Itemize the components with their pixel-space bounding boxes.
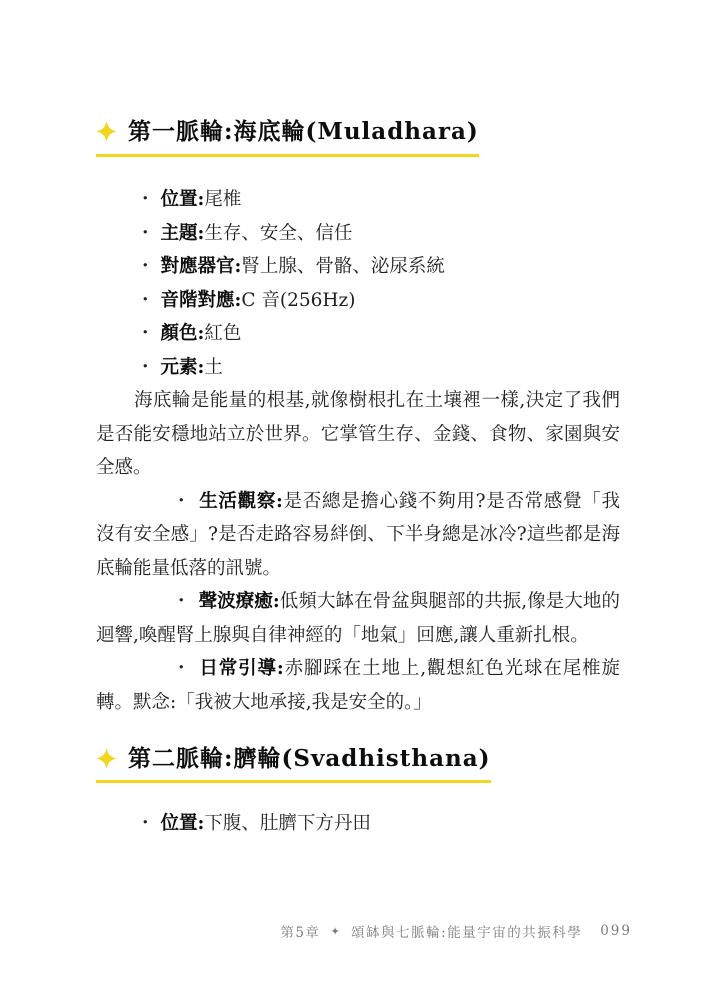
detail-label: 聲波療癒:: [199, 591, 280, 612]
attribute-item: ・位置:下腹、肚臍下方丹田: [96, 807, 620, 841]
attribute-label: 對應器官:: [161, 256, 242, 277]
book-page: 第一脈輪:海底輪(Muladhara) ・位置:尾椎 ・主題:生存、安全、信任 …: [0, 0, 711, 1000]
attribute-item: ・主題:生存、安全、信任: [96, 217, 620, 251]
detail-label: 日常引導:: [199, 658, 284, 679]
attribute-value: 紅色: [204, 323, 241, 344]
attribute-label: 顏色:: [161, 323, 205, 344]
detail-paragraph-life-observation: ・生活觀察:是否總是擔心錢不夠用?是否常感覺「我沒有安全感」?是否走路容易絆倒、…: [96, 485, 620, 586]
running-title: 頌缽與七脈輪:能量宇宙的共振科學: [351, 921, 582, 941]
attribute-item: ・元素:土: [96, 351, 620, 385]
bullet-dot: ・: [136, 807, 155, 841]
attribute-label: 主題:: [161, 223, 205, 244]
attribute-value: 下腹、肚臍下方丹田: [204, 813, 371, 834]
bullet-dot: ・: [136, 317, 155, 351]
bullet-dot: ・: [136, 284, 155, 318]
bullet-dot: ・: [134, 485, 191, 519]
bullet-dot: ・: [136, 183, 155, 217]
bullet-dot: ・: [136, 217, 155, 251]
attribute-item: ・顏色:紅色: [96, 317, 620, 351]
page-footer: 第5章 ✦ 頌缽與七脈輪:能量宇宙的共振科學 099: [280, 921, 632, 941]
attribute-label: 元素:: [161, 357, 205, 378]
second-chakra-attribute-list: ・位置:下腹、肚臍下方丹田: [96, 807, 620, 841]
second-chakra-heading-text: 第二脈輪:臍輪(Svadhisthana): [128, 743, 491, 774]
attribute-label: 位置:: [161, 813, 205, 834]
sparkle-icon: [96, 121, 117, 142]
sparkle-icon: [96, 748, 117, 769]
attribute-label: 音階對應:: [161, 290, 242, 311]
bullet-dot: ・: [134, 652, 191, 686]
detail-paragraph-daily-guidance: ・日常引導:赤腳踩在土地上,觀想紅色光球在尾椎旋轉。默念:「我被大地承接,我是安…: [96, 652, 620, 719]
first-chakra-heading: 第一脈輪:海底輪(Muladhara): [96, 116, 479, 157]
attribute-item: ・對應器官:腎上腺、骨骼、泌尿系統: [96, 250, 620, 284]
attribute-value: 土: [204, 357, 223, 378]
section-second-chakra: 第二脈輪:臍輪(Svadhisthana) ・位置:下腹、肚臍下方丹田: [96, 719, 620, 841]
bullet-dot: ・: [134, 585, 191, 619]
page-number: 099: [600, 923, 632, 939]
section-first-chakra: 第一脈輪:海底輪(Muladhara) ・位置:尾椎 ・主題:生存、安全、信任 …: [96, 116, 620, 719]
attribute-item: ・位置:尾椎: [96, 183, 620, 217]
intro-paragraph: 海底輪是能量的根基,就像樹根扎在土壤裡一樣,決定了我們是否能安穩地站立於世界。它…: [96, 384, 620, 485]
attribute-value: 尾椎: [204, 189, 241, 210]
first-chakra-attribute-list: ・位置:尾椎 ・主題:生存、安全、信任 ・對應器官:腎上腺、骨骼、泌尿系統 ・音…: [96, 183, 620, 384]
second-chakra-heading: 第二脈輪:臍輪(Svadhisthana): [96, 743, 491, 783]
attribute-label: 位置:: [161, 189, 205, 210]
attribute-value: 腎上腺、骨骼、泌尿系統: [241, 256, 445, 277]
attribute-value: C 音(256Hz): [241, 290, 355, 311]
footer-sparkle-icon: ✦: [330, 925, 341, 938]
detail-label: 生活觀察:: [199, 491, 283, 512]
detail-paragraph-sound-healing: ・聲波療癒:低頻大缽在骨盆與腿部的共振,像是大地的迴響,喚醒腎上腺與自律神經的「…: [96, 585, 620, 652]
bullet-dot: ・: [136, 351, 155, 385]
attribute-value: 生存、安全、信任: [204, 223, 352, 244]
bullet-dot: ・: [136, 250, 155, 284]
attribute-item: ・音階對應:C 音(256Hz): [96, 284, 620, 318]
chapter-label: 第5章: [280, 921, 320, 941]
first-chakra-heading-text: 第一脈輪:海底輪(Muladhara): [128, 116, 479, 147]
